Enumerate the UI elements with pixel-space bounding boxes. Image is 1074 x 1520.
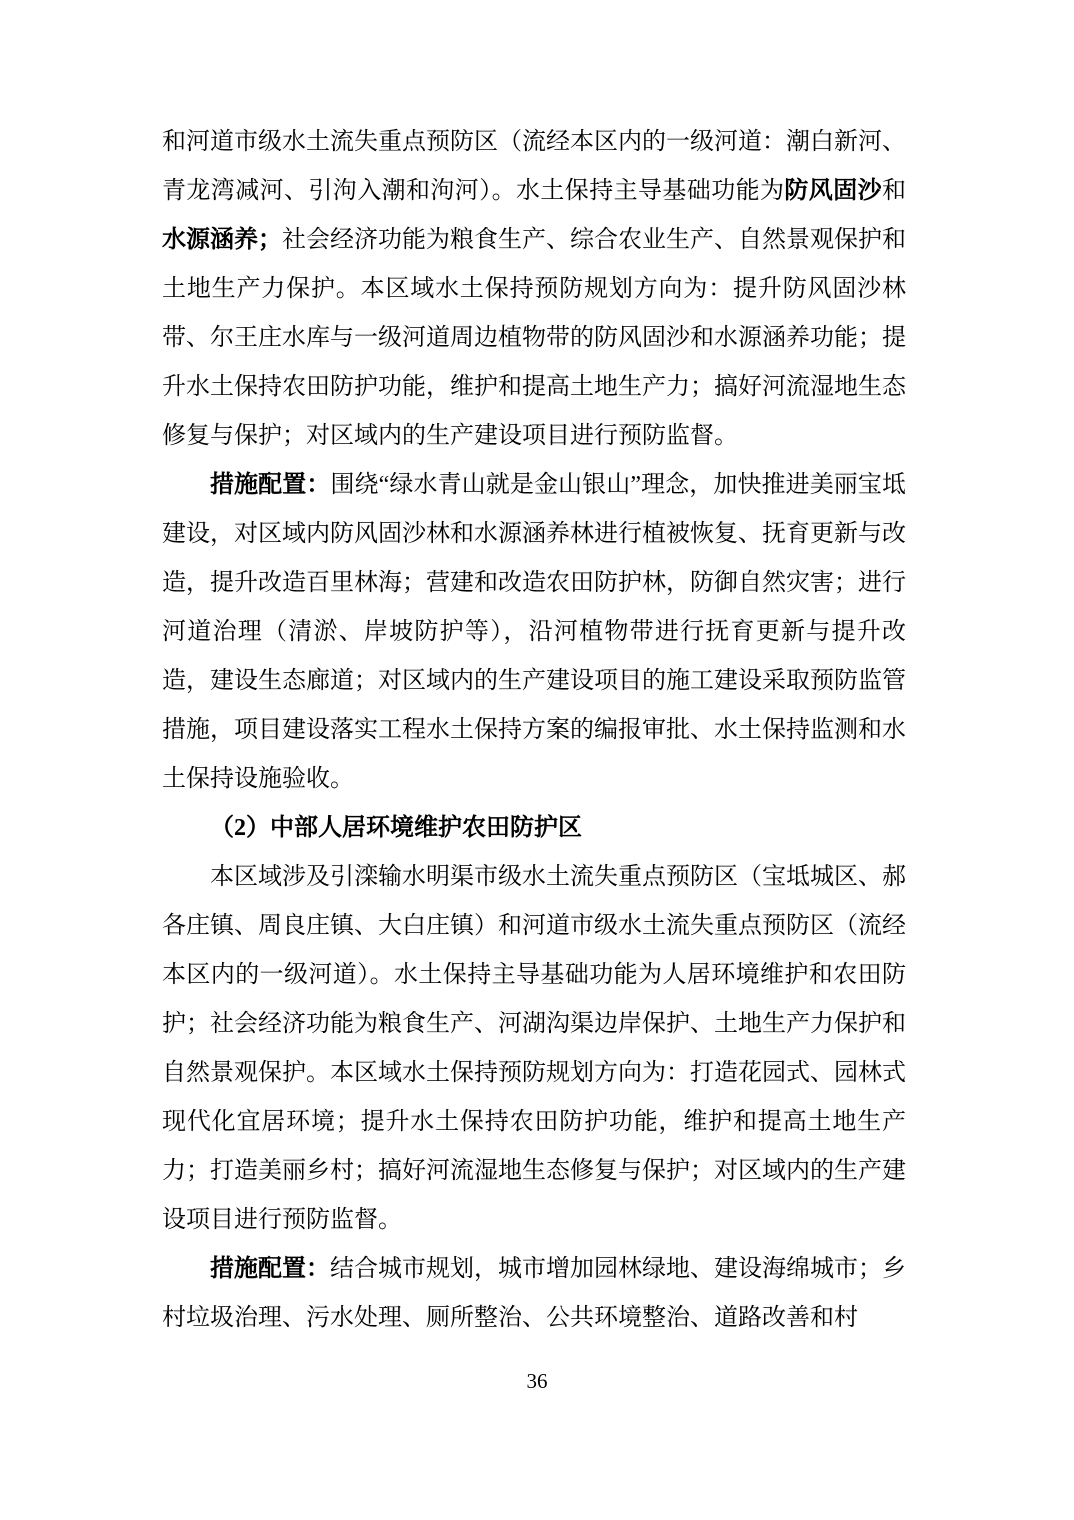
text-run: 本区域涉及引滦输水明渠市级水土流失重点预防区（宝坻城区、郝各庄镇、周良庄镇、大白…	[162, 864, 906, 1233]
text-run: 围绕“绿水青山就是金山银山”理念，加快推进美丽宝坻建设，对区域内防风固沙林和水源…	[162, 472, 906, 792]
para-region-1-continuation: 和河道市级水土流失重点预防区（流经本区内的一级河道：潮白新河、青龙湾减河、引泃入…	[162, 118, 906, 461]
text-run: 社会经济功能为粮食生产、综合农业生产、自然景观保护和土地生产力保护。本区域水土保…	[162, 227, 906, 449]
text-run: 和	[882, 178, 906, 204]
document-page: 和河道市级水土流失重点预防区（流经本区内的一级河道：潮白新河、青龙湾减河、引泃入…	[0, 0, 1074, 1520]
document-body: 和河道市级水土流失重点预防区（流经本区内的一级河道：潮白新河、青龙湾减河、引泃入…	[162, 118, 906, 1343]
text-run-bold: 防风固沙	[784, 178, 882, 204]
text-run-bold: 措施配置：	[210, 1256, 330, 1282]
para-region-2: 本区域涉及引滦输水明渠市级水土流失重点预防区（宝坻城区、郝各庄镇、周良庄镇、大白…	[162, 853, 906, 1245]
para-measures-2: 措施配置：结合城市规划，城市增加园林绿地、建设海绵城市；乡村垃圾治理、污水处理、…	[162, 1245, 906, 1343]
text-run-bold: 措施配置：	[210, 472, 330, 498]
text-run-bold: （2）中部人居环境维护农田防护区	[210, 815, 582, 841]
page-number: 36	[0, 1366, 1074, 1396]
heading-section-2: （2）中部人居环境维护农田防护区	[162, 804, 906, 853]
text-run-bold: 水源涵养；	[162, 227, 282, 253]
para-measures-1: 措施配置：围绕“绿水青山就是金山银山”理念，加快推进美丽宝坻建设，对区域内防风固…	[162, 461, 906, 804]
